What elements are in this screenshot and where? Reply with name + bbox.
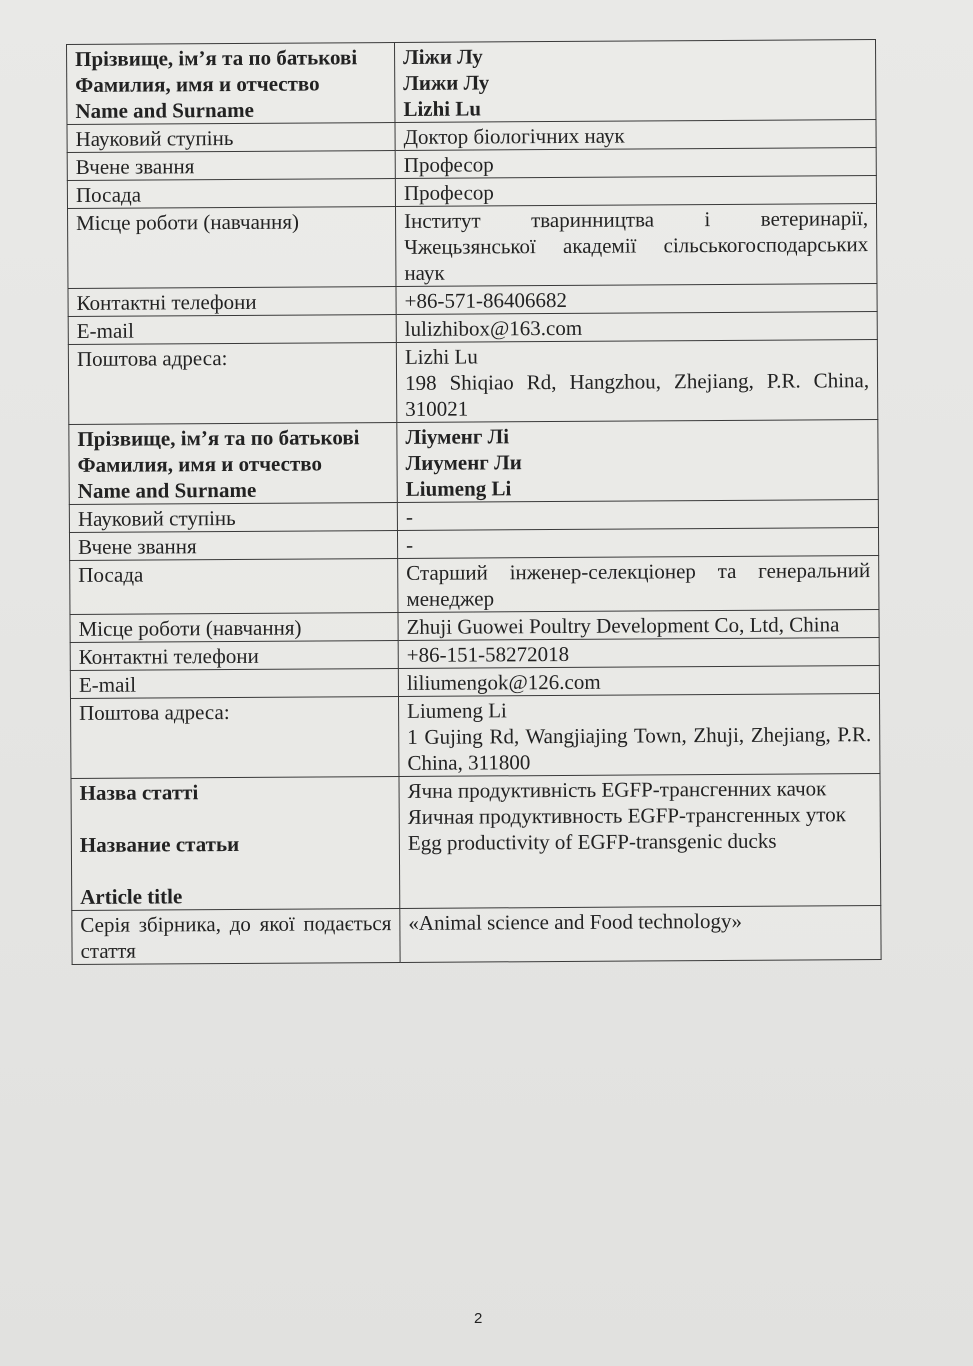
- academic-title-value: Професор: [395, 148, 876, 179]
- phone-label: Контактні телефони: [70, 640, 398, 670]
- academic-title-label: Вчене звання: [69, 530, 397, 560]
- name-label-ru: Фамилия, имя и отчество: [75, 70, 386, 98]
- degree-value: Доктор біологічних наук: [395, 120, 876, 151]
- name-value-ru: Лиуменг Ли: [405, 447, 869, 476]
- table-row: Місце роботи (навчання) Інститут тваринн…: [68, 204, 877, 289]
- address-name: Liumeng Li: [407, 695, 871, 724]
- phone-label: Контактні телефони: [68, 286, 396, 316]
- email-value: lulizhibox@163.com: [396, 312, 877, 343]
- email-label: E-mail: [70, 668, 398, 698]
- name-value-ru: Лижи Лу: [403, 67, 867, 96]
- table-row: Назва статті Название статьи Article tit…: [71, 774, 881, 911]
- table-row: Посада Старший інженер-селекціонер та ге…: [70, 556, 879, 615]
- workplace-label: Місце роботи (навчання): [70, 612, 398, 642]
- table-row: Прізвище, ім’я та по батькові Фамилия, и…: [67, 40, 876, 125]
- name-value-cell: Ліжи Лу Лижи Лу Lizhi Lu: [394, 40, 875, 123]
- phone-value: +86-571-86406682: [396, 284, 877, 315]
- table-row: Поштова адреса: Lizhi Lu 198 Shiqiao Rd,…: [68, 340, 877, 425]
- academic-title-value: -: [397, 528, 878, 559]
- article-title-label-en: Article title: [80, 882, 391, 910]
- table-row: Прізвище, ім’я та по батькові Фамилия, и…: [69, 420, 878, 505]
- article-title-label-cell: Назва статті Название статьи Article tit…: [71, 776, 400, 910]
- email-value: liliumengok@126.com: [398, 666, 879, 697]
- position-label: Посада: [67, 178, 395, 208]
- address-name: Lizhi Lu: [405, 341, 869, 370]
- table-row: Серія збірника, до якої подається стаття…: [72, 906, 881, 965]
- position-value: Професор: [395, 176, 876, 207]
- email-label: E-mail: [68, 314, 396, 344]
- phone-value: +86-151-58272018: [398, 638, 879, 669]
- address-street: 198 Shiqiao Rd, Hangzhou, Zhejiang, P.R.…: [405, 367, 869, 422]
- address-label: Поштова адреса:: [68, 342, 396, 424]
- name-label-ru: Фамилия, имя и отчество: [77, 450, 388, 478]
- name-label-ua: Прізвище, ім’я та по батькові: [77, 424, 388, 452]
- name-label-cell: Прізвище, ім’я та по батькові Фамилия, и…: [69, 422, 397, 504]
- name-label-en: Name and Surname: [75, 96, 386, 124]
- name-value-ua: Ліжи Лу: [403, 41, 867, 70]
- article-title-en: Egg productivity of EGFP-transgenic duck…: [408, 827, 872, 856]
- table-row: Поштова адреса: Liumeng Li 1 Gujing Rd, …: [70, 694, 879, 779]
- name-label-ua: Прізвище, ім’я та по батькові: [75, 44, 386, 72]
- address-value-cell: Liumeng Li 1 Gujing Rd, Wangjiajing Town…: [398, 694, 879, 777]
- table-row: Місце роботи (навчання) Zhuji Guowei Pou…: [70, 610, 879, 643]
- article-title-label-ua: Назва статті: [79, 778, 390, 806]
- page-number: 2: [474, 1310, 482, 1327]
- degree-label: Науковий ступінь: [69, 502, 397, 532]
- series-label: Серія збірника, до якої подається стаття: [72, 908, 400, 964]
- workplace-value: Zhuji Guowei Poultry Development Co, Ltd…: [398, 610, 879, 641]
- address-street: 1 Gujing Rd, Wangjiajing Town, Zhuji, Zh…: [407, 721, 871, 776]
- article-title-ru: Яичная продуктивность EGFP-трансгенных у…: [408, 801, 872, 830]
- name-label-cell: Прізвище, ім’я та по батькові Фамилия, и…: [67, 42, 395, 124]
- name-value-ua: Ліуменг Лі: [405, 421, 869, 450]
- document-page: Прізвище, ім’я та по батькові Фамилия, и…: [0, 0, 973, 1366]
- academic-title-label: Вчене звання: [67, 150, 395, 180]
- article-title-ua: Ячна продуктивність EGFP-трансгенних кач…: [407, 775, 871, 804]
- degree-label: Науковий ступінь: [67, 122, 395, 152]
- article-title-label-ru: Название статьи: [80, 830, 391, 858]
- position-value: Старший інженер-селекціонер та генеральн…: [398, 556, 879, 613]
- position-label: Посада: [70, 558, 398, 614]
- address-value-cell: Lizhi Lu 198 Shiqiao Rd, Hangzhou, Zheji…: [396, 340, 877, 423]
- name-value-en: Lizhi Lu: [403, 93, 867, 122]
- address-label: Поштова адреса:: [70, 696, 398, 778]
- name-label-en: Name and Surname: [78, 476, 389, 504]
- workplace-value: Інститут тваринництва і ветеринарії, Чже…: [395, 204, 876, 287]
- workplace-label: Місце роботи (навчання): [68, 206, 396, 288]
- author-info-table: Прізвище, ім’я та по батькові Фамилия, и…: [66, 39, 882, 965]
- article-title-value-cell: Ячна продуктивність EGFP-трансгенних кач…: [399, 774, 881, 909]
- name-value-en: Liumeng Li: [406, 473, 870, 502]
- series-value: «Animal science and Food technology»: [400, 906, 881, 963]
- degree-value: -: [397, 500, 878, 531]
- name-value-cell: Ліуменг Лі Лиуменг Ли Liumeng Li: [397, 420, 878, 503]
